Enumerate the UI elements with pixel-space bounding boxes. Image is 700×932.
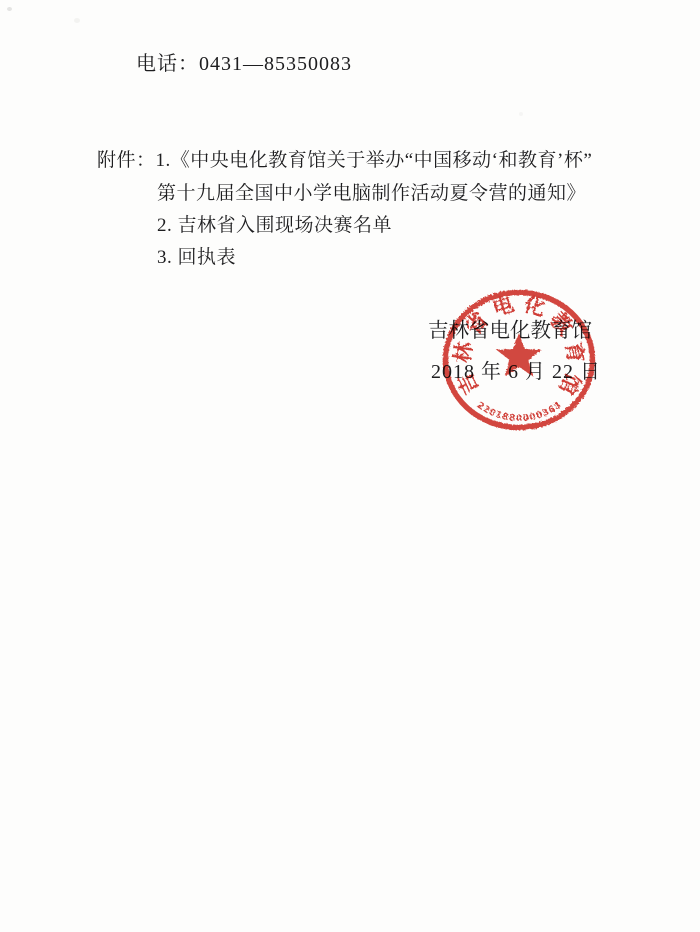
attachments-heading-line: 附件：1.《中央电化教育馆关于举办“中国移动‘和教育’杯” [97,150,592,173]
seal-ring-char: 育 [561,340,588,364]
attachment-item-2: 2. 吉林省入围现场决赛名单 [157,215,392,238]
scan-speck [74,18,80,23]
attachment-item-1-continuation: 第十九届全国中小学电脑制作活动夏令营的通知》 [157,183,586,206]
seal-ring-char: 电 [490,292,517,321]
official-seal-stamp: 吉林省电化教育馆 2201880000363 [434,280,604,440]
scan-speck [7,7,12,11]
seal-star-icon [496,333,542,376]
seal-ring-char: 林 [450,339,477,364]
seal-number-digit: 0 [516,414,522,424]
scanned-document-page: 电话：0431—85350083 附件：1.《中央电化教育馆关于举办“中国移动‘… [0,0,700,932]
seal-number-digit: 8 [508,413,515,424]
seal-ring-char: 化 [520,292,548,321]
scan-speck [519,112,523,116]
attachment-item-3: 3. 回执表 [157,247,236,270]
phone-line: 电话：0431—85350083 [136,52,352,76]
